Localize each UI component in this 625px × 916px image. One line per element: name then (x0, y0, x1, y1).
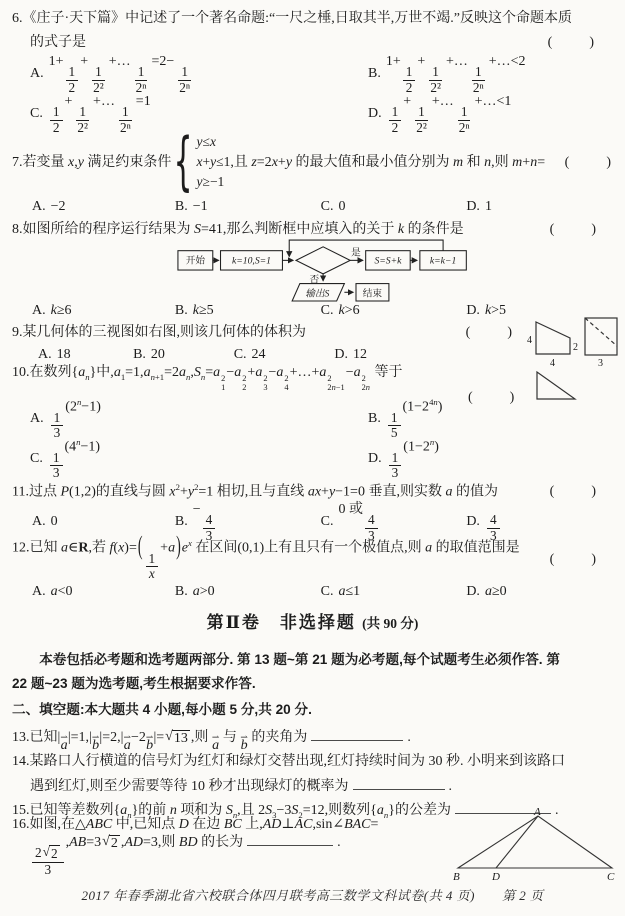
page-footer: 2017 年春季湖北省六校联合体四月联考高三数学文科试卷(共 4 页) 第 2 … (0, 886, 625, 906)
option-label: A. (32, 300, 46, 321)
side-view-rectangle (585, 318, 617, 355)
question-10-option-c: C.13(4n−1) (30, 436, 368, 481)
option-label: C. (234, 344, 247, 365)
option-value: a<0 (51, 581, 73, 602)
option-label: C. (321, 581, 334, 602)
option-value: a>0 (193, 581, 215, 602)
question-11-option-a: A.0 (32, 511, 175, 532)
option-value: −1 (193, 196, 208, 217)
option-value: k≥5 (193, 300, 214, 321)
footer-text: 2017 年春季湖北省六校联合体四月联考高三数学文科试卷(共 4 页) 第 2 … (82, 888, 544, 903)
question-7-stem-pre: 7.若变量 x,y 满足约束条件 (12, 152, 171, 173)
question-14-stem-text-2: 遇到红灯,则至少需要等待 10 秒才出现绿灯的概率为. (30, 779, 452, 794)
question-10-options-ab: A.13(2n−1) B.15(1−24n) (12, 399, 612, 437)
option-value: 24 (252, 344, 266, 365)
question-8-options: A.k≥6 B.k≥5 C.k>6 D.k>5 (12, 300, 612, 321)
question-10-options-cd: C.13(4n−1) D.13(1−2n) (12, 439, 612, 477)
segment-ad (496, 816, 538, 868)
option-formula: 13(2n−1) (49, 396, 101, 441)
option-formula: 0 (51, 511, 58, 532)
option-label: D. (466, 196, 480, 217)
section-2-instructions-line2: 22 题~23 题为选考题,考生根据要求作答. (12, 674, 612, 694)
answer-bracket-q12: ( ) (550, 549, 597, 570)
option-label: A. (32, 581, 46, 602)
option-label: B. (175, 196, 188, 217)
vertex-label-d: D (491, 871, 500, 882)
section-2-title: 第Ⅱ卷 非选择题 (共 90 分) (0, 610, 625, 636)
dimension-rect-bottom: 3 (598, 358, 603, 369)
question-12-option-a: A.a<0 (32, 581, 175, 602)
question-10-option-a: A.13(2n−1) (30, 396, 368, 441)
constraint-system: y≤x x+y≤1 y≥−1 (197, 132, 231, 193)
triangle-figure: A B D C (450, 806, 622, 882)
question-10-option-d: D.13(1−2n) (368, 436, 439, 481)
flow-decrement-label: k=k−1 (430, 256, 456, 267)
question-9-stem: 9.某几何体的三视图如右图,则该几何体的体积为 ( ) (12, 322, 513, 343)
option-label: B. (368, 63, 381, 84)
question-6-option-a: A.1+12+12²+…12ⁿ=2−12ⁿ (30, 51, 368, 95)
question-6-stem-line2: 的式子是 ( ) (12, 32, 595, 53)
question-11-options: A.0 B.−43 C.0 或43 D.43 (12, 503, 612, 539)
answer-bracket-q9: ( ) (466, 322, 513, 343)
answer-blank (311, 726, 403, 741)
question-14-stem-line1: 14.某路口人行横道的信号灯为红灯和绿灯交替出现,红灯持续时间为 30 秒. 小… (12, 751, 612, 772)
option-label: A. (38, 344, 52, 365)
option-formula: 1+12+12²+…12ⁿ=2−12ⁿ (49, 51, 196, 95)
option-value: 12 (353, 344, 367, 365)
question-8-option-b: B.k≥5 (175, 300, 321, 321)
flow-start-label: 开始 (186, 255, 206, 267)
fill-in-blank-header-text: 二、填空题:本大题共 4 小题,每小题 5 分,共 20 分. (12, 702, 312, 717)
question-9-options: A.18 B.20 C.24 D.12 (12, 344, 435, 365)
option-label: A. (32, 196, 46, 217)
question-6-option-c: C.12+12²+…12ⁿ=1 (30, 91, 368, 135)
option-formula: 12+12²+…12ⁿ+…<1 (387, 91, 512, 135)
question-12-option-b: B.a>0 (175, 581, 321, 602)
option-formula: 13(1−2n) (387, 436, 439, 481)
option-value: 18 (57, 344, 71, 365)
flow-yes-label: 是 (351, 248, 361, 259)
answer-blank (247, 831, 333, 846)
option-label: C. (30, 448, 43, 469)
option-label: B. (133, 344, 146, 365)
answer-blank (353, 775, 445, 790)
question-13-stem-text: 13.已知|⇀a|=1,|⇀b|=2,|⇀a−2⇀b|=√13,则 ⇀a 与 ⇀… (12, 730, 411, 745)
question-12-option-c: C.a≤1 (321, 581, 467, 602)
option-label: B. (175, 581, 188, 602)
question-7-stem: 7.若变量 x,y 满足约束条件 { y≤x x+y≤1 y≥−1 ,且 z=2… (12, 132, 612, 192)
option-label: D. (368, 103, 382, 124)
option-label: C. (30, 103, 43, 124)
option-label: A. (30, 408, 44, 429)
flow-no-label: 否 (310, 275, 320, 286)
answer-bracket-q8: ( ) (550, 219, 597, 240)
question-8-option-c: C.k>6 (321, 300, 467, 321)
three-view-figure: 4 4 2 3 (525, 316, 622, 402)
question-9-option-c: C.24 (234, 344, 335, 365)
section-2-instructions-line1: 本卷包括必考题和选考题两部分. 第 13 题~第 21 题为必考题,每个试题考生… (12, 650, 612, 670)
flowchart: 开始 k=10,S=1 是 S=S+k k=k−1 否 输出S 结束 (176, 237, 476, 305)
dimension-trap-left: 4 (527, 335, 532, 346)
question-13-stem: 13.已知|⇀a|=1,|⇀b|=2,|⇀a−2⇀b|=√13,则 ⇀a 与 ⇀… (12, 726, 612, 751)
option-label: D. (466, 581, 480, 602)
question-7-stem-post: ,且 z=2x+y 的最大值和最小值分别为 m 和 n,则 m+n= (230, 152, 545, 173)
option-value: 0 (338, 196, 345, 217)
option-label: C. (321, 300, 334, 321)
constraint-1: y≤x (197, 132, 231, 152)
option-value: a≥0 (485, 581, 507, 602)
option-label: A. (32, 511, 46, 532)
constraint-3: y≥−1 (197, 172, 231, 192)
question-9-stem-text: 9.某几何体的三视图如右图,则该几何体的体积为 (12, 322, 306, 343)
option-value: 1 (485, 196, 492, 217)
question-9-option-a: A.18 (38, 344, 133, 365)
question-12-stem-text: 12.已知 a∈R,若 f(x)=(1x+a)ex 在区间(0,1)上有且只有一… (12, 537, 520, 582)
question-7-options: A.−2 B.−1 C.0 D.1 (12, 196, 612, 217)
constraint-2: x+y≤1 (197, 152, 231, 172)
question-6-options-cd: C.12+12²+…12ⁿ=1 D.12+12²+…12ⁿ+…<1 (12, 94, 612, 132)
answer-bracket-q6: ( ) (548, 32, 595, 53)
question-6-option-d: D.12+12²+…12ⁿ+…<1 (368, 91, 511, 135)
option-value: k≥6 (51, 300, 72, 321)
question-6-stem-line1: 6.《庄子·天下篇》中记述了一个著名命题:“一尺之棰,日取其半,万世不竭.”反映… (12, 8, 612, 29)
instructions-text-1: 本卷包括必考题和选考题两部分. 第 13 题~第 21 题为必考题,每个试题考生… (39, 652, 560, 667)
question-14-stem-line2: 遇到红灯,则至少需要等待 10 秒才出现绿灯的概率为. (12, 775, 612, 797)
question-7-option-b: B.−1 (175, 196, 321, 217)
option-value: a≤1 (338, 581, 360, 602)
dimension-trap-bottom: 4 (550, 358, 555, 369)
question-12-options: A.a<0 B.a>0 C.a≤1 D.a≥0 (12, 581, 612, 602)
question-14-stem-text-1: 14.某路口人行横道的信号灯为红灯和绿灯交替出现,红灯持续时间为 30 秒. 小… (12, 754, 565, 769)
question-9-option-b: B.20 (133, 344, 234, 365)
flow-end-label: 结束 (363, 288, 383, 300)
question-10-stem-text: 10.在数列{an}中,a1=1,an+1=2an,Sn=a21−a22+a23… (12, 365, 402, 380)
question-9-option-d: D.12 (334, 344, 435, 365)
vertex-label-a: A (533, 806, 541, 818)
option-formula: 1+12+12²+…12ⁿ+…<2 (386, 51, 526, 95)
question-7-option-d: D.1 (466, 196, 612, 217)
option-label: D. (334, 344, 348, 365)
flow-init-label: k=10,S=1 (232, 256, 271, 267)
flow-output-label: 输出S (305, 288, 329, 300)
option-formula: 15(1−24n) (386, 396, 443, 441)
top-view-triangle (537, 372, 575, 399)
question-12-stem: 12.已知 a∈R,若 f(x)=(1x+a)ex 在区间(0,1)上有且只有一… (12, 542, 597, 576)
question-6-options-ab: A.1+12+12²+…12ⁿ=2−12ⁿ B.1+12+12²+…12ⁿ+…<… (12, 54, 612, 92)
option-label: B. (175, 300, 188, 321)
question-7-option-a: A.−2 (32, 196, 175, 217)
question-6-option-b: B.1+12+12²+…12ⁿ+…<2 (368, 51, 526, 95)
option-value: k>5 (485, 300, 506, 321)
question-16-stem-line2: 2√23,AB=3√2,AD=3,则 BD 的长为. (12, 836, 445, 872)
option-label: C. (321, 196, 334, 217)
option-value: −2 (51, 196, 66, 217)
option-label: D. (466, 511, 480, 532)
question-6-stem-text-2: 的式子是 (12, 32, 86, 53)
vertex-label-b: B (453, 871, 460, 882)
option-label: B. (368, 408, 381, 429)
section-2-title-points: (共 90 分) (362, 616, 418, 631)
question-10-option-b: B.15(1−24n) (368, 396, 442, 441)
question-16-stem-text-1: 16.如图,在△ABC 中,已知点 D 在边 BC 上,AD⊥AC,sin∠BA… (12, 817, 378, 832)
option-formula: 13(4n−1) (48, 436, 100, 481)
triangle-abc (458, 816, 612, 868)
instructions-text-2: 22 题~23 题为选考题,考生根据要求作答. (12, 676, 256, 691)
dimension-trap-right: 2 (573, 342, 578, 353)
question-8-option-a: A.k≥6 (32, 300, 175, 321)
question-16-stem-text-2: 2√23,AB=3√2,AD=3,则 BD 的长为. (30, 831, 341, 877)
option-label: D. (368, 448, 382, 469)
front-view-trapezoid (536, 322, 570, 354)
option-value: 20 (151, 344, 165, 365)
flow-decision-diamond (296, 247, 350, 274)
option-label: D. (466, 300, 480, 321)
option-label: A. (30, 63, 44, 84)
exam-page: 6.《庄子·天下篇》中记述了一个著名命题:“一尺之棰,日取其半,万世不竭.”反映… (0, 0, 625, 916)
question-10-stem: 10.在数列{an}中,a1=1,an+1=2an,Sn=a21−a22+a23… (12, 364, 505, 393)
question-7-option-c: C.0 (321, 196, 467, 217)
option-formula: 12+12²+…12ⁿ=1 (48, 91, 151, 135)
flow-add-label: S=S+k (374, 256, 402, 267)
vertex-label-c: C (607, 871, 615, 882)
question-6-stem-text-1: 6.《庄子·天下篇》中记述了一个著名命题:“一尺之棰,日取其半,万世不竭.”反映… (12, 11, 572, 26)
answer-bracket-q7: ( ) (565, 152, 612, 173)
fill-in-blank-header: 二、填空题:本大题共 4 小题,每小题 5 分,共 20 分. (12, 700, 612, 720)
question-12-option-d: D.a≥0 (466, 581, 612, 602)
side-view-dashed-diagonal (585, 318, 617, 346)
option-value: k>6 (338, 300, 359, 321)
section-2-title-main: 第Ⅱ卷 非选择题 (207, 613, 356, 632)
option-label: C. (321, 511, 334, 532)
